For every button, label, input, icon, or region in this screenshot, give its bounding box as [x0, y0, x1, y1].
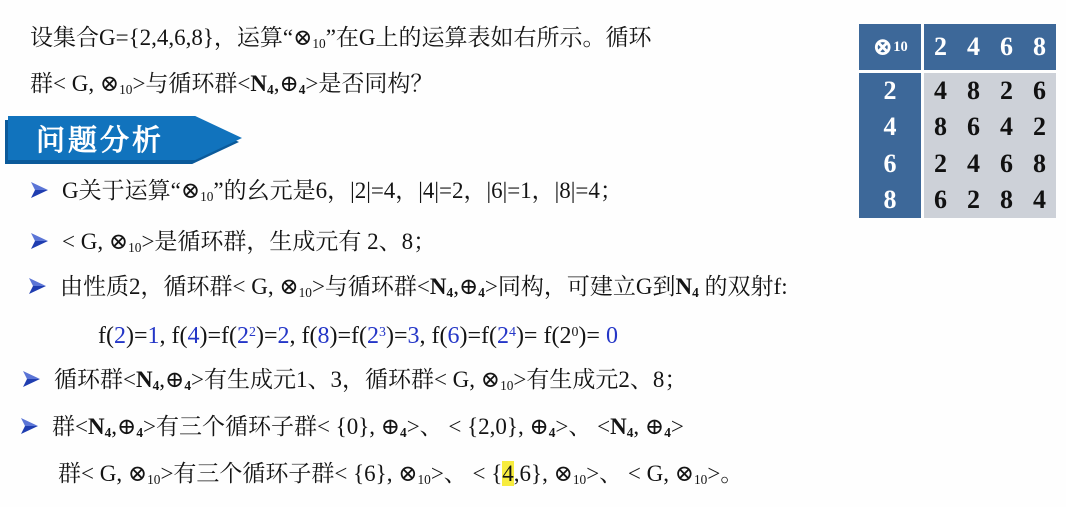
- bullet-text: < G, ⊗10>是循环群，生成元有 2、8；: [62, 229, 436, 254]
- bullet-arrow-icon: [22, 363, 41, 396]
- table-row-header: 6: [884, 149, 897, 179]
- analysis-bullet-2: < G, ⊗10>是循环群，生成元有 2、8；: [30, 225, 436, 264]
- table-cell: 8: [1033, 149, 1046, 179]
- analysis-bullet-4: 循环群<N4,⊕4>有生成元1、3，循环群< G, ⊗10>有生成元2、8；: [22, 363, 687, 402]
- table-column-headers: 2 4 6 8: [924, 24, 1056, 70]
- bullet-text: 由性质2，循环群< G, ⊗10>与循环群<N4,⊕4>同构，可建立G到N4 的…: [60, 274, 788, 299]
- table-row-header: 8: [884, 185, 897, 215]
- section-banner: 问题分析: [5, 116, 245, 164]
- table-col-header: 2: [934, 32, 947, 62]
- table-cell: 2: [934, 149, 947, 179]
- table-cell: 6: [934, 185, 947, 215]
- bullet-arrow-icon: [30, 174, 49, 207]
- table-cell: 8: [1000, 185, 1013, 215]
- bullet-arrow-icon: [20, 410, 39, 443]
- operation-table: ⊗10 2 4 6 8 2 4 6 8 4 8 2 6 8 6 4 2 2 4 …: [859, 24, 1056, 218]
- bullet-arrow-icon: [28, 270, 47, 303]
- problem-statement-line-2: 群< G, ⊗10>与循环群<N4,⊕4>是否同构？: [30, 61, 433, 113]
- analysis-bullet-3: 由性质2，循环群< G, ⊗10>与循环群<N4,⊕4>同构，可建立G到N4 的…: [28, 270, 788, 309]
- analysis-bullet-5: 群<N4,⊕4>有三个循环子群< {0}, ⊕4>、 < {2,0}, ⊕4>、…: [20, 410, 684, 449]
- problem-statement-line-1: 设集合G={2,4,6,8}，运算“⊗10”在G上的运算表如右所示。循环: [30, 15, 652, 67]
- table-cell: 2: [1000, 76, 1013, 106]
- analysis-bullet-5-continued: 群< G, ⊗10>有三个循环子群< {6}, ⊗10>、 < {4,6}, ⊗…: [58, 457, 743, 496]
- bullet-text: G关于运算“⊗10”的幺元是6，|2|=4，|4|=2，|6|=1，|8|=4；: [62, 178, 623, 203]
- table-cell: 2: [1033, 112, 1046, 142]
- table-cell: 2: [967, 185, 980, 215]
- banner-face: 问题分析: [8, 116, 242, 160]
- bijection-formula: f(2)=1, f(4)=f(22)=2, f(8)=f(23)=3, f(6)…: [98, 316, 618, 353]
- analysis-bullet-1: G关于运算“⊗10”的幺元是6，|2|=4，|4|=2，|6|=1，|8|=4；: [30, 174, 623, 213]
- table-cell: 6: [967, 112, 980, 142]
- table-body: 4 8 2 6 8 6 4 2 2 4 6 8 6 2 8 4: [924, 73, 1056, 218]
- table-cell: 4: [1000, 112, 1013, 142]
- table-col-header: 6: [1000, 32, 1013, 62]
- slide: 设集合G={2,4,6,8}，运算“⊗10”在G上的运算表如右所示。循环 群< …: [0, 0, 1066, 507]
- bullet-arrow-icon: [30, 225, 49, 258]
- table-cell: 8: [967, 76, 980, 106]
- table-cell: 8: [934, 112, 947, 142]
- banner-label: 问题分析: [8, 118, 164, 159]
- table-cell: 6: [1033, 76, 1046, 106]
- table-row-headers: 2 4 6 8: [859, 73, 921, 218]
- table-cell: 4: [934, 76, 947, 106]
- table-row-header: 4: [884, 112, 897, 142]
- table-operator-cell: ⊗10: [859, 24, 921, 70]
- bullet-text: 循环群<N4,⊕4>有生成元1、3，循环群< G, ⊗10>有生成元2、8；: [54, 367, 687, 392]
- table-row-header: 2: [884, 76, 897, 106]
- table-cell: 4: [967, 149, 980, 179]
- table-col-header: 8: [1033, 32, 1046, 62]
- table-col-header: 4: [967, 32, 980, 62]
- table-cell: 6: [1000, 149, 1013, 179]
- table-cell: 4: [1033, 185, 1046, 215]
- bullet-text: 群<N4,⊕4>有三个循环子群< {0}, ⊕4>、 < {2,0}, ⊕4>、…: [52, 414, 684, 439]
